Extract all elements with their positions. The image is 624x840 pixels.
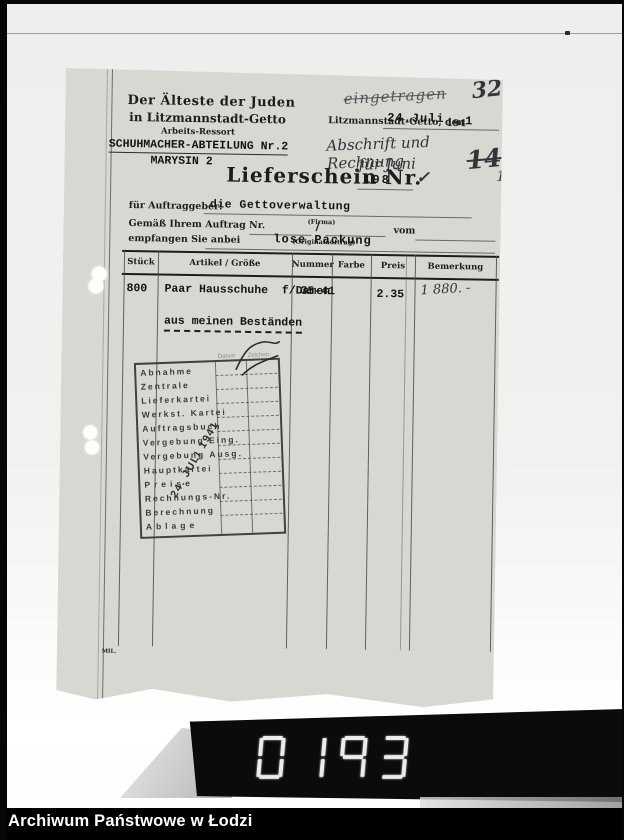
dateline-typed-date: 24.Juli: [387, 111, 445, 126]
scan-artifact-speck: [565, 31, 570, 35]
letterhead-location: MARYSIN 2: [150, 154, 212, 168]
stamp-row-label: Rechnungs-Nr.: [145, 491, 232, 504]
margin-rule: [102, 69, 113, 705]
slash-separator: /: [315, 219, 320, 233]
dateline-year-printed: 194: [446, 118, 466, 129]
counter-digit-display: [256, 736, 409, 779]
table-header-artikel: Artikel / Größe: [158, 257, 292, 269]
hole-punch: [85, 440, 99, 454]
auftraggeber-value: die Gettoverwaltung: [210, 198, 351, 213]
stamp-row-label: Abnahme: [140, 366, 193, 378]
table-row: 800 Paar Hausschuhe f/Damen 35-41 2.35 1…: [66, 68, 503, 75]
bestand-note: aus meinen Beständen: [164, 315, 302, 334]
handwritten-number-32: 32: [470, 75, 503, 104]
control-stamp-box: Datum Zeichen Abnahme Zentrale Lieferkar…: [134, 358, 286, 539]
hole-punch: [88, 278, 103, 293]
cell-stueck: 800: [126, 282, 147, 295]
printer-mark: MIL.: [102, 649, 117, 655]
document-title: Lieferschein Nr.: [226, 163, 422, 190]
archive-name: Archiwum Państwowe w Łodzi: [8, 812, 252, 831]
hole-punch: [83, 425, 97, 439]
cell-bemerkung-handwritten-total: 1 880. -: [420, 281, 471, 299]
archive-caption-bar: Archiwum Państwowe w Łodzi: [0, 808, 624, 840]
empfangen-value: lose Packung: [273, 232, 372, 248]
auftraggeber-label: für Auftraggeber:: [129, 200, 223, 212]
table-header-rule: [122, 273, 499, 281]
photo-frame-top: [0, 0, 624, 4]
document-number: 198: [363, 173, 391, 187]
archival-photo: Der Älteste der Juden in Litzmannstadt-G…: [0, 0, 624, 840]
table-header-bemerkung: Bemerkung: [415, 262, 496, 273]
firma-sublabel: (Firma): [308, 218, 336, 226]
table-header-farbe: Farbe: [332, 260, 371, 271]
table-header-stueck: Stück: [124, 257, 158, 268]
dateline-year-typed: 1: [465, 114, 472, 128]
cell-preis: 2.35: [376, 288, 404, 301]
letterhead-line3: Arbeits-Ressort: [161, 127, 235, 138]
letterhead-line1: Der Älteste der Juden: [127, 93, 295, 111]
letterhead-department: SCHUHMACHER-ABTEILUNG Nr.2: [109, 138, 289, 156]
handwritten-eingetragen: eingetragen: [343, 84, 447, 108]
letterhead-line2: in Litzmannstadt-Getto: [129, 110, 286, 126]
stamp-row-label: Berechnung: [145, 505, 215, 518]
vom-label: vom: [393, 225, 415, 236]
frame-counter-device: [150, 706, 624, 804]
photo-frame-left: [0, 0, 7, 840]
cell-nummer: 35-41: [300, 285, 335, 299]
handwritten-checkmark: ✓: [416, 168, 430, 187]
handwritten-number-16: 16: [496, 169, 514, 185]
table-header-preis: Preis: [371, 261, 415, 272]
stamp-row-label: Lieferkartei: [141, 393, 211, 406]
scan-artifact-line: [7, 33, 622, 34]
auftrag-label: Gemäß Ihrem Auftrag Nr.: [128, 218, 265, 231]
empfangen-label: empfangen Sie anbei: [128, 233, 240, 246]
stamp-row-label: Zentrale: [141, 380, 190, 392]
handwritten-initials: [231, 338, 284, 380]
delivery-note-document: Der Älteste der Juden in Litzmannstadt-G…: [56, 68, 503, 711]
stamp-row-label: Ablage: [146, 520, 199, 532]
table-header-nummer: Nummer: [292, 260, 332, 271]
